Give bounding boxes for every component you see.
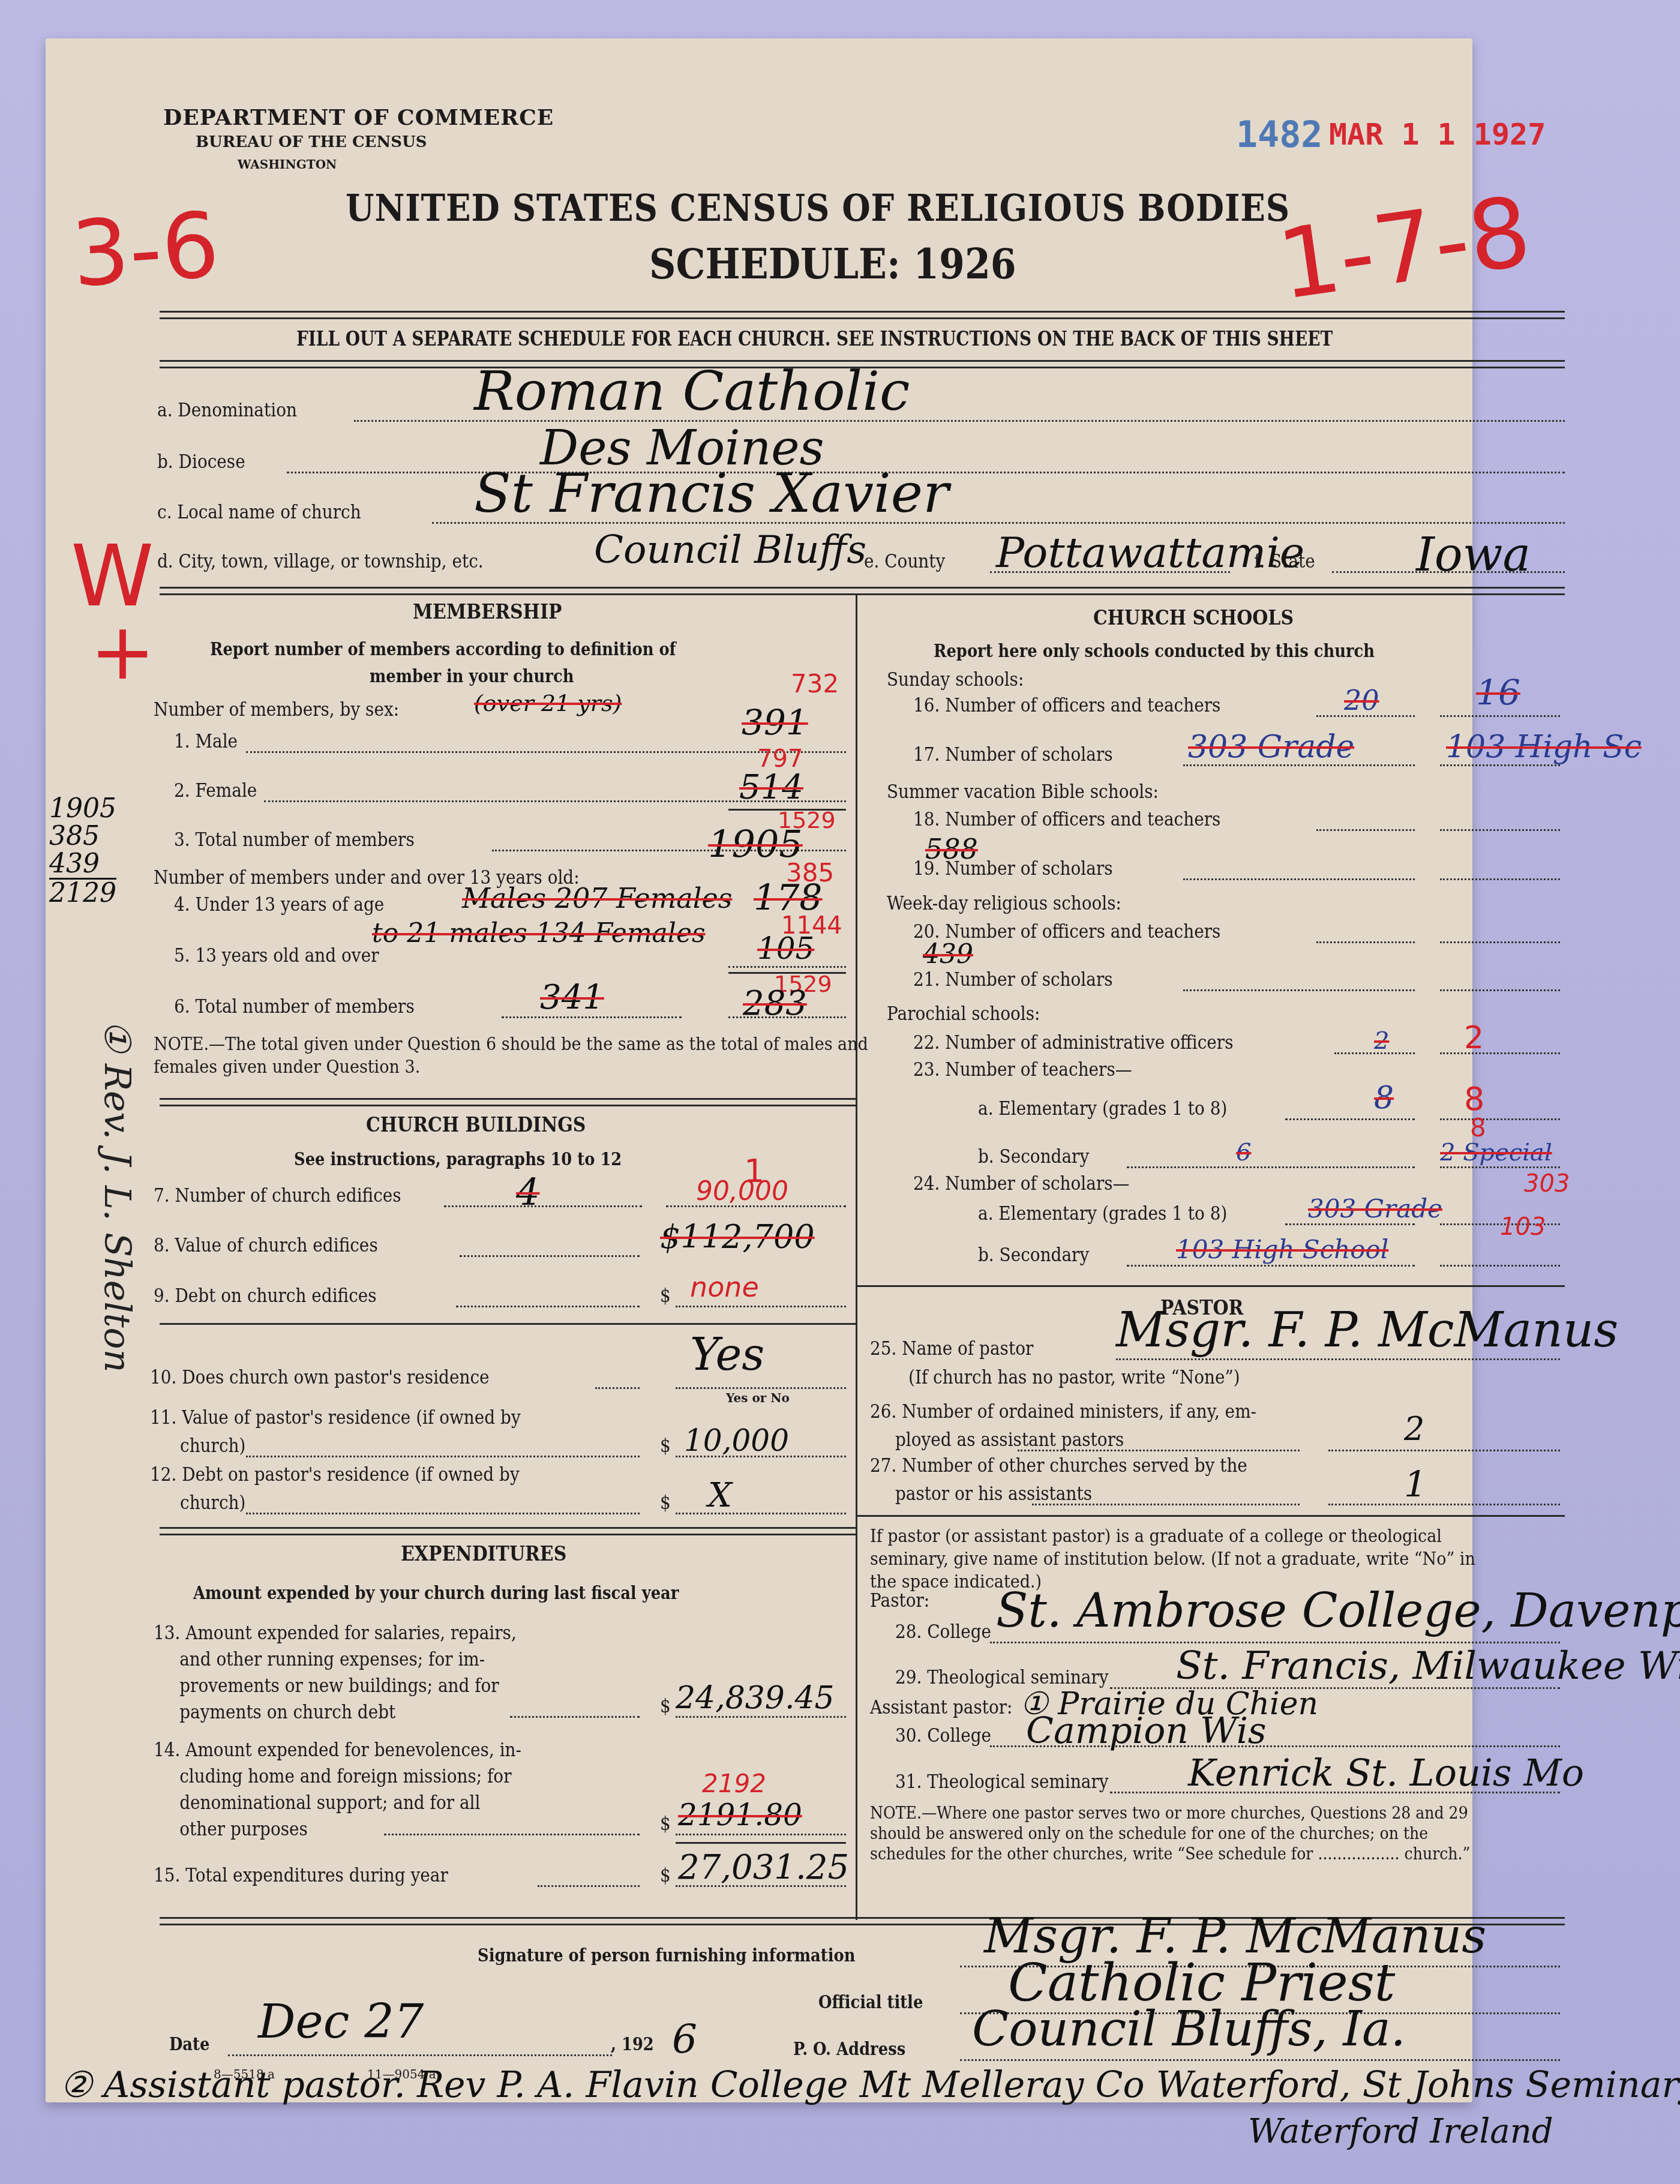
membership-subheading-2: member in your church xyxy=(370,666,574,687)
edifices-debt-value[interactable]: none xyxy=(690,1271,759,1303)
edifices-value[interactable]: $112,700 xyxy=(660,1218,815,1256)
date-line xyxy=(228,2054,612,2056)
form-title: UNITED STATES CENSUS OF RELIGIOUS BODIES xyxy=(346,186,1290,230)
q23a-line-a xyxy=(1285,1118,1415,1120)
residence-value-label-2: church) xyxy=(180,1435,245,1457)
owns-residence-value[interactable]: Yes xyxy=(690,1329,764,1381)
q24b-line-a xyxy=(1127,1265,1415,1267)
q24-label: 24. Number of scholars— xyxy=(913,1173,1129,1195)
q31-label: 31. Theological seminary xyxy=(895,1771,1109,1793)
q20-line-b xyxy=(1440,941,1560,943)
q24b-label: b. Secondary xyxy=(978,1244,1089,1266)
q18-line-b xyxy=(1440,829,1560,831)
q24b-value[interactable]: 103 High School xyxy=(1176,1235,1388,1264)
circled-one-mark: ① xyxy=(96,1020,138,1052)
state-value[interactable]: Iowa xyxy=(1416,528,1531,582)
year-prefix: , 192 xyxy=(611,2034,654,2055)
q13-line: provements or new buildings; and for xyxy=(154,1673,517,1699)
header-rule xyxy=(160,311,1565,319)
schools-subheading: Report here only schools conducted by th… xyxy=(934,641,1375,662)
q23a-label: a. Elementary (grades 1 to 8) xyxy=(978,1098,1227,1120)
q22-value-b[interactable]: 2 xyxy=(1464,1020,1484,1056)
q16-line-b xyxy=(1440,715,1560,717)
q14-currency: $ xyxy=(660,1813,671,1835)
male-corrected: 732 xyxy=(791,669,839,698)
bottom-assistant-note: ② Assistant pastor. Rev P. A. Flavin Col… xyxy=(60,2064,1680,2106)
q27-line-b xyxy=(1328,1504,1560,1505)
q22-label: 22. Number of administrative officers xyxy=(913,1032,1234,1054)
q17-label: 17. Number of scholars xyxy=(913,744,1113,766)
q16-value-b[interactable]: 16 xyxy=(1476,672,1520,713)
residence-value-label-1: 11. Value of pastor's residence (if owne… xyxy=(150,1407,521,1429)
schools-rule xyxy=(856,1285,1565,1287)
buildings-heading: CHURCH BUILDINGS xyxy=(366,1113,586,1137)
female-label: 2. Female xyxy=(174,780,257,802)
residence-debt-line xyxy=(676,1513,846,1514)
po-address-line xyxy=(960,2059,1560,2061)
residence-debt-label-1: 12. Debt on pastor's residence (if owned… xyxy=(150,1464,520,1486)
residence-debt-line-a xyxy=(246,1513,640,1514)
q17-value-a[interactable]: 303 Grade xyxy=(1188,729,1354,765)
q16-label: 16. Number of officers and teachers xyxy=(913,695,1220,716)
q21-label: 21. Number of scholars xyxy=(913,969,1113,991)
date-value[interactable]: Dec 27 xyxy=(258,1995,424,2049)
q19-line-b xyxy=(1440,878,1560,880)
column-divider xyxy=(856,594,857,1920)
q19-label: 19. Number of scholars xyxy=(913,858,1113,880)
residence-value-line-a xyxy=(246,1456,640,1457)
membership-rule xyxy=(160,1098,856,1106)
church-name-value[interactable]: St Francis Xavier xyxy=(474,462,949,525)
assistant-pastors-value[interactable]: 2 xyxy=(1404,1410,1424,1448)
received-date-stamp: MAR 1 1 1927 xyxy=(1329,117,1546,152)
q25-line xyxy=(1116,1358,1560,1360)
graduate-note: If pastor (or assistant pastor) is a gra… xyxy=(870,1525,1496,1594)
q15-line-a xyxy=(538,1885,640,1887)
q23b-label: b. Secondary xyxy=(978,1146,1089,1168)
q16-value-a[interactable]: 20 xyxy=(1344,684,1379,716)
q13-line: payments on church debt xyxy=(154,1699,517,1726)
q26-label-1: 26. Number of ordained ministers, if any… xyxy=(870,1401,1256,1423)
q13-line: and other running expenses; for im- xyxy=(154,1646,517,1673)
q23b-value-b[interactable]: 2 Special xyxy=(1440,1139,1552,1166)
q27-label-2: pastor or his assistants xyxy=(895,1483,1092,1505)
by-sex-label: Number of members, by sex: xyxy=(154,699,399,721)
edifices-debt-line-b xyxy=(676,1306,846,1307)
schedule-title: SCHEDULE: 1926 xyxy=(649,239,1016,289)
total-by-age-label: 6. Total number of members xyxy=(174,996,415,1018)
q22-line-b xyxy=(1440,1052,1560,1054)
q17-value-b[interactable]: 103 High Sc xyxy=(1446,729,1642,765)
official-title-label: Official title xyxy=(818,1992,923,2013)
margin-calc-line: 2129 xyxy=(49,878,116,907)
red-annotation-left: 3-6 xyxy=(68,193,223,308)
edifices-count-label: 7. Number of church edifices xyxy=(154,1185,401,1207)
received-number-stamp: 1482 xyxy=(1236,114,1323,156)
q23a-value-b[interactable]: 8 xyxy=(1464,1080,1484,1118)
edifices-count-value[interactable]: 4 xyxy=(516,1170,539,1214)
q19-line-a xyxy=(1183,878,1415,880)
q23-label: 23. Number of teachers— xyxy=(913,1059,1132,1081)
total-members-label: 3. Total number of members xyxy=(174,829,415,851)
q14-line: other purposes xyxy=(154,1816,521,1843)
membership-subheading-1: Report number of members according to de… xyxy=(210,639,676,660)
q18-label: 18. Number of officers and teachers xyxy=(913,809,1220,830)
q23b-line-a xyxy=(1127,1166,1415,1168)
buildings-rule xyxy=(160,1527,856,1535)
q15-label: 15. Total expenditures during year xyxy=(154,1865,448,1886)
q14-label: 14. Amount expended for benevolences, in… xyxy=(154,1737,521,1843)
membership-heading: MEMBERSHIP xyxy=(413,600,562,624)
margin-calc-line: 439 xyxy=(49,850,116,878)
city-value[interactable]: Council Bluffs xyxy=(594,528,866,572)
pastor-rule xyxy=(856,1515,1565,1517)
q23a-line-b xyxy=(1440,1118,1560,1120)
q14-line-a xyxy=(384,1834,640,1835)
q26-line-b xyxy=(1328,1450,1560,1451)
identity-rule xyxy=(160,587,1565,595)
assistant-pastor-label: Assistant pastor: xyxy=(870,1697,1012,1718)
red-margin-cross: + xyxy=(90,606,155,697)
q24a-label: a. Elementary (grades 1 to 8) xyxy=(978,1203,1227,1225)
female-value[interactable]: 514 xyxy=(739,768,803,807)
q13-line-a xyxy=(510,1716,640,1718)
owns-residence-label: 10. Does church own pastor's residence xyxy=(150,1367,490,1388)
q23b-line-b xyxy=(1440,1166,1560,1168)
pastor-note: NOTE.—Where one pastor serves two or mor… xyxy=(870,1803,1496,1864)
male-line xyxy=(246,751,846,753)
bureau-heading: BUREAU OF THE CENSUS xyxy=(196,133,427,151)
over-13-line xyxy=(728,966,846,968)
parochial-schools-label: Parochial schools: xyxy=(887,1003,1040,1025)
buildings-subheading: See instructions, paragraphs 10 to 12 xyxy=(294,1149,622,1170)
margin-calc-line: 385 xyxy=(49,823,116,850)
over-13-detail: to 21 males 134 Females xyxy=(372,918,706,949)
q28-label: 28. College xyxy=(895,1621,991,1643)
edifices-value-label: 8. Value of church edifices xyxy=(154,1235,378,1256)
q23b-value-a[interactable]: 6 xyxy=(1236,1139,1251,1166)
schools-heading: CHURCH SCHOOLS xyxy=(1093,606,1294,630)
residence-debt-currency: $ xyxy=(660,1492,671,1514)
expenditures-heading: EXPENDITURES xyxy=(401,1542,566,1566)
owns-residence-line xyxy=(676,1387,846,1389)
county-label: e. County xyxy=(864,551,945,572)
q20-line-a xyxy=(1316,941,1415,943)
q21-line-a xyxy=(1183,989,1415,991)
year-digit[interactable]: 6 xyxy=(672,2016,697,2062)
other-churches-value[interactable]: 1 xyxy=(1404,1464,1427,1506)
pastor-seminary-value[interactable]: St. Francis, Milwaukee Wis xyxy=(1176,1644,1680,1688)
q20-value-a[interactable]: 439 xyxy=(923,939,973,970)
sunday-schools-label: Sunday schools: xyxy=(887,669,1024,691)
q24a-line-a xyxy=(1285,1223,1415,1225)
denomination-value[interactable]: Roman Catholic xyxy=(474,360,910,423)
signature-label: Signature of person furnishing informati… xyxy=(478,1945,855,1966)
church-name-label: c. Local name of church xyxy=(157,502,361,523)
yes-no-hint: Yes or No xyxy=(726,1391,790,1405)
q18-line-a xyxy=(1316,829,1415,831)
q24a-corrected: 303 xyxy=(1524,1170,1570,1198)
po-address-value[interactable]: Council Bluffs, Ia. xyxy=(972,2001,1406,2057)
margin-reverend-name: Rev. J. L. Shelton xyxy=(96,1064,138,1372)
owns-residence-line-a xyxy=(595,1387,640,1389)
bottom-assistant-note-2: Waterford Ireland xyxy=(1248,2112,1553,2151)
q14-corrected: 2192 xyxy=(702,1769,766,1798)
total-by-age-detail: 341 xyxy=(540,978,604,1017)
q24b-line-b xyxy=(1440,1265,1560,1267)
q24a-value[interactable]: 303 Grade xyxy=(1308,1194,1442,1223)
q25-label: 25. Name of pastor xyxy=(870,1338,1033,1360)
pastor-college-value[interactable]: St. Ambrose College, Davenport Ia xyxy=(996,1584,1680,1638)
edifices-value-corrected: 90,000 xyxy=(696,1176,788,1207)
q30-label: 30. College xyxy=(895,1725,991,1747)
summer-schools-label: Summer vacation Bible schools: xyxy=(887,781,1159,803)
male-label: 1. Male xyxy=(174,731,238,752)
state-label: f. State xyxy=(1254,551,1315,572)
margin-calc-line: 1905 xyxy=(49,795,116,823)
q24b-corrected: 103 xyxy=(1500,1213,1546,1241)
expenditures-subheading: Amount expended by your church during la… xyxy=(193,1583,679,1604)
diocese-label: b. Diocese xyxy=(157,451,245,473)
residence-value-currency: $ xyxy=(660,1435,671,1457)
under-13-label: 4. Under 13 years of age xyxy=(174,894,384,916)
q14-line: denominational support; and for all xyxy=(154,1790,521,1816)
margin-calculation: 1905 385 439 2129 xyxy=(49,795,116,907)
membership-note: NOTE.—The total given under Question 6 s… xyxy=(154,1033,872,1079)
by-sex-note: (over 21 yrs) xyxy=(474,690,622,716)
po-address-label: P. O. Address xyxy=(793,2039,905,2060)
pastor-subsection-label: Pastor: xyxy=(870,1590,929,1612)
q21-line-b xyxy=(1440,989,1560,991)
pastor-name-value[interactable]: Msgr. F. P. McManus xyxy=(1116,1302,1618,1358)
q28-line xyxy=(990,1642,1560,1643)
weekday-schools-label: Week-day religious schools: xyxy=(887,893,1121,914)
q13-value-line xyxy=(676,1716,846,1718)
edifices-debt-currency: $ xyxy=(660,1285,671,1307)
q23a-value-a[interactable]: 8 xyxy=(1374,1080,1394,1116)
over-13-label: 5. 13 years old and over xyxy=(174,945,379,967)
q23b-corrected: 8 xyxy=(1470,1113,1486,1142)
edifices-value-line xyxy=(460,1255,640,1257)
fill-out-instruction: FILL OUT A SEPARATE SCHEDULE FOR EACH CH… xyxy=(296,327,1333,351)
q14-line: cluding home and foreign missions; for xyxy=(154,1763,521,1790)
over-13-value[interactable]: 105 xyxy=(757,931,814,966)
q29-label: 29. Theological seminary xyxy=(895,1667,1109,1688)
residence-debt-value[interactable]: X xyxy=(708,1476,732,1515)
expenditure-sum-rule xyxy=(676,1842,846,1844)
city-label: d. City, town, village, or township, etc… xyxy=(157,551,484,572)
residence-debt-label-2: church) xyxy=(180,1492,245,1514)
q14-value[interactable]: 2191.80 xyxy=(678,1798,802,1832)
date-label: Date xyxy=(169,2034,209,2055)
edifices-debt-label: 9. Debt on church edifices xyxy=(154,1285,377,1307)
q27-line-a xyxy=(1032,1504,1300,1505)
edifices-debt-line xyxy=(456,1306,640,1307)
total-by-age-value[interactable]: 283 xyxy=(743,984,807,1023)
q14-value-line xyxy=(676,1834,846,1835)
margin-vertical-note: ① Rev. J. L. Shelton xyxy=(96,1020,138,1372)
q15-currency: $ xyxy=(660,1865,671,1886)
edifices-count-line xyxy=(444,1205,642,1207)
q26-line-a xyxy=(1018,1450,1300,1451)
q15-value[interactable]: 27,031.25 xyxy=(678,1848,849,1887)
assistant-seminary-value[interactable]: Kenrick St. Louis Mo xyxy=(1188,1751,1584,1795)
q13-label: 13. Amount expended for salaries, repair… xyxy=(154,1620,517,1726)
q27-label-1: 27. Number of other churches served by t… xyxy=(870,1455,1247,1477)
q13-currency: $ xyxy=(660,1696,671,1717)
q26-label-2: ployed as assistant pastors xyxy=(895,1429,1124,1451)
under-13-detail: Males 207 Females xyxy=(462,882,732,914)
department-heading: DEPARTMENT OF COMMERCE xyxy=(163,105,554,130)
q13-value[interactable]: 24,839.45 xyxy=(676,1680,835,1716)
washington-heading: WASHINGTON xyxy=(238,157,337,172)
assistant-college-value-2[interactable]: Campion Wis xyxy=(1026,1710,1267,1752)
denomination-label: a. Denomination xyxy=(157,400,297,421)
q25-hint: (If church has no pastor, write “None”) xyxy=(908,1367,1240,1388)
q13-line: 13. Amount expended for salaries, repair… xyxy=(154,1620,517,1646)
male-value[interactable]: 391 xyxy=(742,702,808,743)
residence-value[interactable]: 10,000 xyxy=(684,1423,789,1458)
buildings-mid-rule xyxy=(160,1323,856,1325)
q22-value-a[interactable]: 2 xyxy=(1374,1027,1389,1055)
q14-line: 14. Amount expended for benevolences, in… xyxy=(154,1737,521,1763)
